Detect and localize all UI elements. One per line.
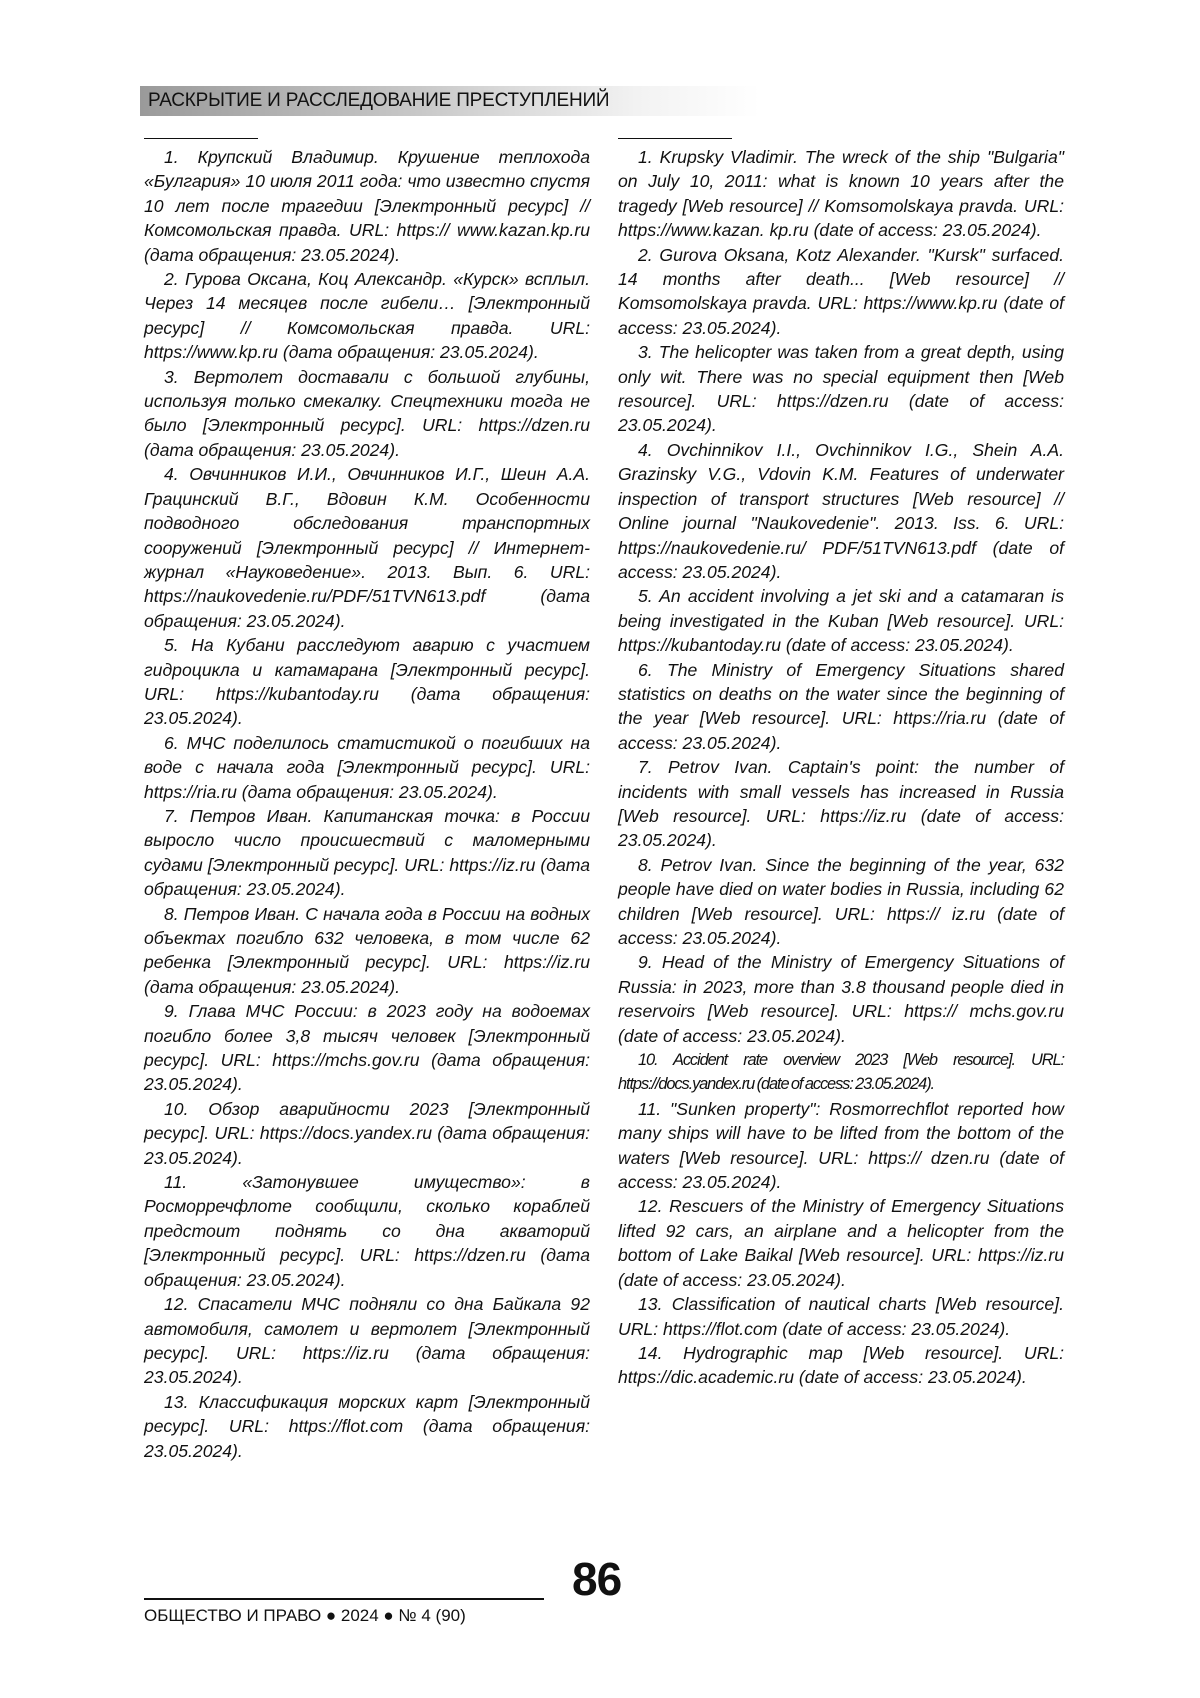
reference-item: 2. Гурова Оксана, Коц Александр. «Курск»… xyxy=(144,267,590,365)
section-title: РАСКРЫТИЕ И РАССЛЕДОВАНИЕ ПРЕСТУПЛЕНИЙ xyxy=(148,90,609,112)
reference-item: 11. «Затонувшее имущество»: в Росморречф… xyxy=(144,1170,590,1292)
reference-item: 3. The helicopter was taken from a great… xyxy=(618,340,1064,438)
reference-item: 11. "Sunken property": Rosmorrechflot re… xyxy=(618,1097,1064,1195)
footnote-rule xyxy=(144,138,258,139)
reference-item: 3. Вертолет доставали с большой глубины,… xyxy=(144,365,590,463)
reference-item: 8. Petrov Ivan. Since the beginning of t… xyxy=(618,853,1064,951)
reference-item: 13. Classification of nautical charts [W… xyxy=(618,1292,1064,1341)
reference-item: 9. Глава МЧС России: в 2023 году на водо… xyxy=(144,999,590,1097)
reference-item: 4. Ovchinnikov I.I., Ovchinnikov I.G., S… xyxy=(618,438,1064,584)
reference-item: 6. The Ministry of Emergency Situations … xyxy=(618,658,1064,756)
reference-item: 1. Krupsky Vladimir. The wreck of the sh… xyxy=(618,145,1064,243)
reference-item: 13. Классификация морских карт [Электрон… xyxy=(144,1390,590,1463)
reference-item: 4. Овчинников И.И., Овчинников И.Г., Шеи… xyxy=(144,462,590,633)
reference-item: 12. Спасатели МЧС подняли со дна Байкала… xyxy=(144,1292,590,1390)
reference-item: 14. Hydrographic map [Web resource]. URL… xyxy=(618,1341,1064,1390)
references-english: 1. Krupsky Vladimir. The wreck of the sh… xyxy=(618,138,1064,1390)
footnote-rule xyxy=(618,138,732,139)
reference-item: 10. Accident rate overview 2023 [Web res… xyxy=(618,1048,1064,1097)
reference-item: 5. На Кубани расследуют аварию с участие… xyxy=(144,633,590,731)
references-russian: 1. Крупский Владимир. Крушение теплохода… xyxy=(144,138,590,1463)
reference-item: 1. Крупский Владимир. Крушение теплохода… xyxy=(144,145,590,267)
reference-item: 8. Петров Иван. С начала года в России н… xyxy=(144,902,590,1000)
reference-item: 6. МЧС поделилось статистикой о погибших… xyxy=(144,731,590,804)
journal-info: ОБЩЕСТВО И ПРАВО ● 2024 ● № 4 (90) xyxy=(144,1606,466,1626)
reference-item: 12. Rescuers of the Ministry of Emergenc… xyxy=(618,1194,1064,1292)
reference-item: 7. Петров Иван. Капитанская точка: в Рос… xyxy=(144,804,590,902)
footer-rule xyxy=(144,1598,544,1600)
reference-item: 9. Head of the Ministry of Emergency Sit… xyxy=(618,950,1064,1048)
reference-item: 2. Gurova Oksana, Kotz Alexander. "Kursk… xyxy=(618,243,1064,341)
reference-item: 10. Обзор аварийности 2023 [Электронный … xyxy=(144,1097,590,1170)
reference-item: 7. Petrov Ivan. Captain's point: the num… xyxy=(618,755,1064,853)
reference-item: 5. An accident involving a jet ski and a… xyxy=(618,584,1064,657)
page-number: 86 xyxy=(572,1552,621,1606)
